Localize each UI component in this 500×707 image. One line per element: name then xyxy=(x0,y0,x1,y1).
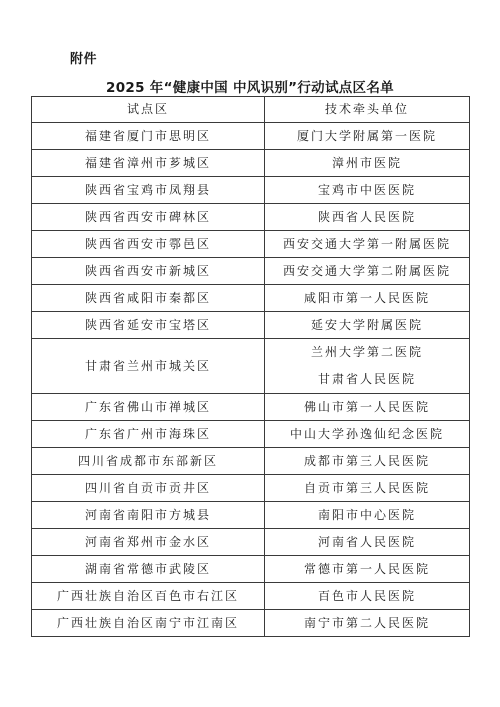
lead-unit-cell: 常德市第一人民医院 xyxy=(265,556,470,583)
table-row: 四川省成都市东部新区 成都市第三人民医院 xyxy=(32,448,470,475)
lead-unit-line: 兰州大学第二医院 xyxy=(265,339,469,366)
table-row: 广东省广州市海珠区 中山大学孙逸仙纪念医院 xyxy=(32,421,470,448)
lead-unit-cell: 西安交通大学第二附属医院 xyxy=(265,258,470,285)
district-cell: 河南省南阳市方城县 xyxy=(32,502,265,529)
lead-unit-cell: 厦门大学附属第一医院 xyxy=(265,123,470,150)
district-cell: 广东省广州市海珠区 xyxy=(32,421,265,448)
district-cell: 四川省成都市东部新区 xyxy=(32,448,265,475)
lead-unit-cell: 南宁市第二人民医院 xyxy=(265,610,470,637)
lead-unit-cell: 西安交通大学第一附属医院 xyxy=(265,231,470,258)
table-row: 陕西省西安市新城区 西安交通大学第二附属医院 xyxy=(32,258,470,285)
lead-unit-cell: 成都市第三人民医院 xyxy=(265,448,470,475)
lead-unit-cell: 宝鸡市中医医院 xyxy=(265,177,470,204)
lead-unit-cell: 南阳市中心医院 xyxy=(265,502,470,529)
lead-unit-cell: 河南省人民医院 xyxy=(265,529,470,556)
lead-unit-line: 甘肃省人民医院 xyxy=(265,366,469,393)
table-row: 湖南省常德市武陵区 常德市第一人民医院 xyxy=(32,556,470,583)
lead-unit-cell: 自贡市第三人民医院 xyxy=(265,475,470,502)
district-cell: 陕西省西安市鄠邑区 xyxy=(32,231,265,258)
district-cell: 广西壮族自治区南宁市江南区 xyxy=(32,610,265,637)
pilot-sites-table: 试点区 技术牵头单位 福建省厦门市思明区 厦门大学附属第一医院 福建省漳州市芗城… xyxy=(31,96,470,637)
lead-unit-cell: 陕西省人民医院 xyxy=(265,204,470,231)
district-cell: 湖南省常德市武陵区 xyxy=(32,556,265,583)
table-row: 陕西省咸阳市秦都区 咸阳市第一人民医院 xyxy=(32,285,470,312)
lead-unit-cell: 兰州大学第二医院 甘肃省人民医院 xyxy=(265,339,470,394)
district-cell: 陕西省西安市碑林区 xyxy=(32,204,265,231)
attachment-label: 附件 xyxy=(70,48,97,67)
table-row: 河南省郑州市金水区 河南省人民医院 xyxy=(32,529,470,556)
district-cell: 广西壮族自治区百色市右江区 xyxy=(32,583,265,610)
district-cell: 陕西省延安市宝塔区 xyxy=(32,312,265,339)
lead-unit-cell: 中山大学孙逸仙纪念医院 xyxy=(265,421,470,448)
lead-unit-cell: 佛山市第一人民医院 xyxy=(265,394,470,421)
district-cell: 福建省厦门市思明区 xyxy=(32,123,265,150)
district-cell: 陕西省宝鸡市凤翔县 xyxy=(32,177,265,204)
table-row: 广东省佛山市禅城区 佛山市第一人民医院 xyxy=(32,394,470,421)
column-header-lead-unit: 技术牵头单位 xyxy=(265,97,470,123)
district-cell: 陕西省咸阳市秦都区 xyxy=(32,285,265,312)
column-header-district: 试点区 xyxy=(32,97,265,123)
table-row: 甘肃省兰州市城关区 兰州大学第二医院 甘肃省人民医院 xyxy=(32,339,470,394)
district-cell: 河南省郑州市金水区 xyxy=(32,529,265,556)
table-row: 陕西省宝鸡市凤翔县 宝鸡市中医医院 xyxy=(32,177,470,204)
table-row: 广西壮族自治区百色市右江区 百色市人民医院 xyxy=(32,583,470,610)
table-row: 陕西省延安市宝塔区 延安大学附属医院 xyxy=(32,312,470,339)
district-cell: 四川省自贡市贡井区 xyxy=(32,475,265,502)
lead-unit-cell: 百色市人民医院 xyxy=(265,583,470,610)
district-cell: 广东省佛山市禅城区 xyxy=(32,394,265,421)
district-cell: 陕西省西安市新城区 xyxy=(32,258,265,285)
lead-unit-cell: 咸阳市第一人民医院 xyxy=(265,285,470,312)
district-cell: 甘肃省兰州市城关区 xyxy=(32,339,265,394)
table-row: 陕西省西安市碑林区 陕西省人民医院 xyxy=(32,204,470,231)
table-row: 福建省漳州市芗城区 漳州市医院 xyxy=(32,150,470,177)
district-cell: 福建省漳州市芗城区 xyxy=(32,150,265,177)
table-header-row: 试点区 技术牵头单位 xyxy=(32,97,470,123)
table-row: 河南省南阳市方城县 南阳市中心医院 xyxy=(32,502,470,529)
lead-unit-cell: 延安大学附属医院 xyxy=(265,312,470,339)
table-row: 四川省自贡市贡井区 自贡市第三人民医院 xyxy=(32,475,470,502)
table-row: 陕西省西安市鄠邑区 西安交通大学第一附属医院 xyxy=(32,231,470,258)
lead-unit-cell: 漳州市医院 xyxy=(265,150,470,177)
document-title: 2025 年“健康中国 中风识别”行动试点区名单 xyxy=(0,76,500,96)
table-row: 福建省厦门市思明区 厦门大学附属第一医院 xyxy=(32,123,470,150)
table-row: 广西壮族自治区南宁市江南区 南宁市第二人民医院 xyxy=(32,610,470,637)
